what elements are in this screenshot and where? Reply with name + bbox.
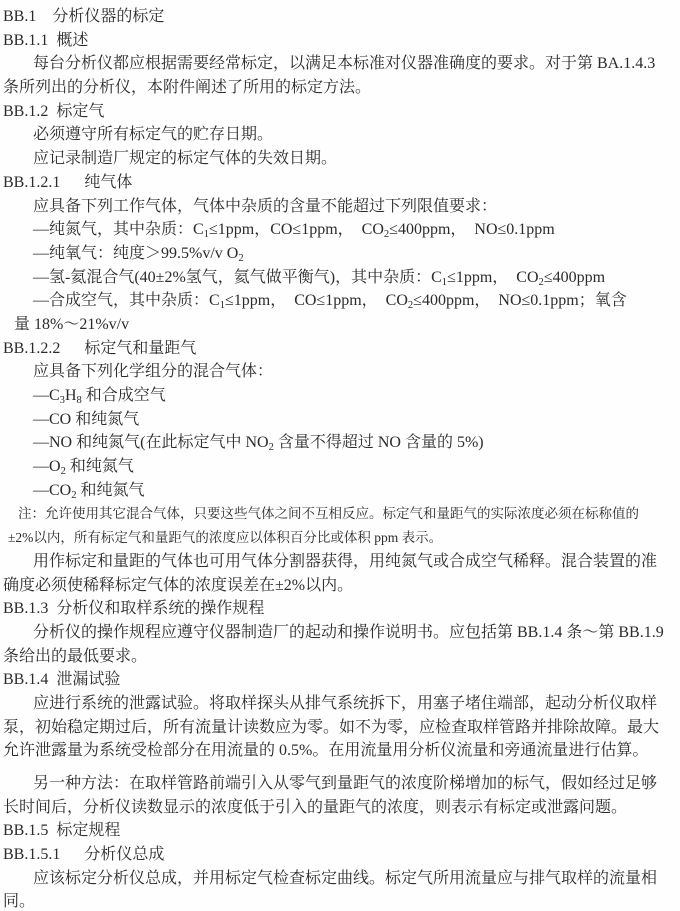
body-line: 应进行系统的泄露试验。将取样探头从排气系统拆下，用塞子堵住端部，起动分析仪取样 — [0, 692, 680, 716]
note-line: 注：允许使用其它混合气体，只要这些气体之间不互相反应。标定气和量距气的实际浓度必… — [0, 502, 680, 526]
body-line: 泵，初始稳定期过后，所有流量计读数应为零。如不为零，应检查取样管路并排除故障。最… — [0, 716, 680, 740]
list-item-line: —CO2 和纯氮气 — [0, 479, 680, 503]
heading-bb-1-4: BB.1.4 泄漏试验 — [0, 668, 680, 692]
body-line: 条所列出的分析仪，本附件阐述了所用的标定方法。 — [0, 76, 680, 100]
list-item-line: —NO 和纯氮气(在此标定气中 NO2 含量不得超过 NO 含量的 5%) — [0, 431, 680, 455]
list-item-line: —CO 和纯氮气 — [0, 408, 680, 432]
list-item-line: —合成空气，其中杂质：C1≤1ppm， CO≤1ppm， CO2≤400ppm，… — [0, 289, 680, 313]
body-line: 用作标定和量距的气体也可用气体分割器获得，用纯氮气或合成空气稀释。混合装置的准 — [0, 550, 680, 574]
list-item-line: —C3H8 和合成空气 — [0, 384, 680, 408]
heading-bb-1-2-2: BB.1.2.2 标定气和量距气 — [0, 337, 680, 361]
body-line: 条给出的最低要求。 — [0, 645, 680, 669]
list-item-line: —氢-氦混合气(40±2%氢气，氦气做平衡气)，其中杂质：C1≤1ppm， CO… — [0, 266, 680, 290]
heading-bb-1-3: BB.1.3 分析仪和取样系统的操作规程 — [0, 597, 680, 621]
list-item-line: —O2 和纯氮气 — [0, 455, 680, 479]
list-item-line: —纯氮气，其中杂质：C1≤1ppm，CO≤1ppm， CO2≤400ppm， N… — [0, 218, 680, 242]
body-line: 必须遵守所有标定气的贮存日期。 — [0, 123, 680, 147]
list-item-line: —纯氧气：纯度＞99.5%v/v O2 — [0, 242, 680, 266]
body-line: 允许泄露量为系统受检部分在用流量的 0.5%。在用流量用分析仪流量和旁通流量进行… — [0, 739, 680, 763]
body-line: 应该标定分析仪总成，并用标定气检查标定曲线。标定气所用流量应与排气取样的流量相 — [0, 867, 680, 891]
body-line: 应记录制造厂规定的标定气体的失效日期。 — [0, 147, 680, 171]
body-line: 应具备下列化学组分的混合气体： — [0, 360, 680, 384]
document-page: BB.1 分析仪器的标定 BB.1.1 概述 每台分析仪都应根据需要经常标定，以… — [0, 0, 680, 911]
note-line: ±2%以内，所有标定气和量距气的浓度应以体积百分比或体积 ppm 表示。 — [0, 526, 680, 550]
body-line: 分析仪的操作规程应遵守仪器制造厂的起动和操作说明书。应包括第 BB.1.4 条～… — [0, 621, 680, 645]
body-line: 应具备下列工作气体，气体中杂质的含量不能超过下列限值要求： — [0, 195, 680, 219]
body-line: 长时间后，分析仪读数显示的浓度低于引入的量距气的浓度，则表示有标定或泄露问题。 — [0, 796, 680, 820]
heading-bb-1-5-1: BB.1.5.1 分析仪总成 — [0, 843, 680, 867]
body-line: 确度必须使稀释标定气体的浓度误差在±2%以内。 — [0, 574, 680, 598]
heading-bb-1-1: BB.1.1 概述 — [0, 29, 680, 53]
heading-bb-1-2: BB.1.2 标定气 — [0, 100, 680, 124]
body-line: 另一种方法：在取样管路前端引入从零气到量距气的浓度阶梯增加的标气，假如经过足够 — [0, 772, 680, 796]
body-line: 量 18%～21%v/v — [0, 313, 680, 337]
body-line: 同。 — [0, 890, 680, 911]
heading-bb-1-5: BB.1.5 标定规程 — [0, 819, 680, 843]
heading-bb-1-2-1: BB.1.2.1 纯气体 — [0, 171, 680, 195]
body-line: 每台分析仪都应根据需要经常标定，以满足本标准对仪器准确度的要求。对于第 BA.1… — [0, 52, 680, 76]
heading-bb-1: BB.1 分析仪器的标定 — [0, 5, 680, 29]
